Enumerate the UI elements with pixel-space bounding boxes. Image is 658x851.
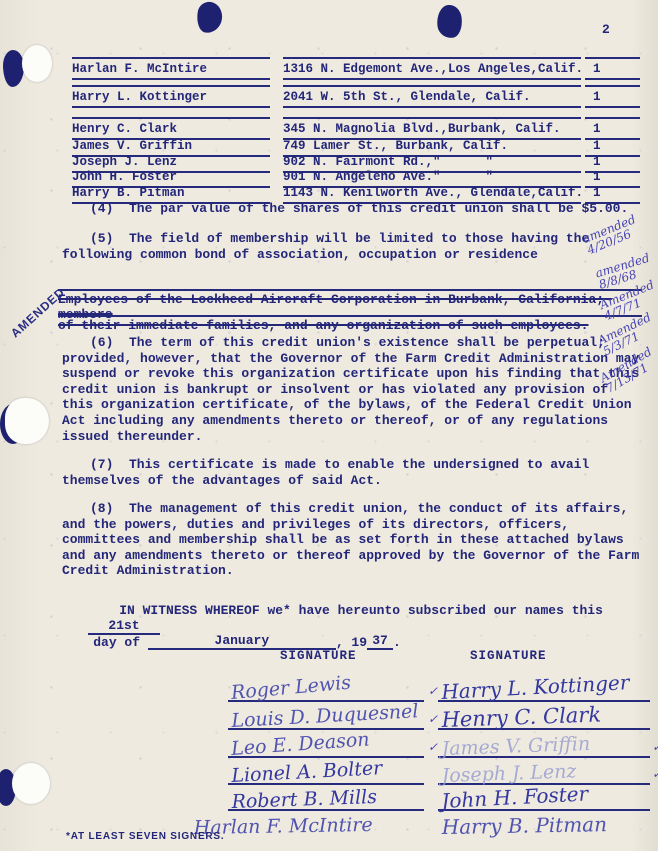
- subscriber-address: 1316 N. Edgemont Ave.,Los Angeles,Calif.: [283, 62, 581, 80]
- signature-line-left: Leo E. Deason ✓: [228, 730, 424, 758]
- struck-text: of their immediate families, and any org…: [58, 318, 589, 333]
- ink-blot-top-1: [195, 0, 225, 35]
- subscriber-name: Harlan F. McIntire: [72, 62, 270, 80]
- signature-right: Henry C. Clark: [441, 702, 601, 732]
- signature-line-right: Harry B. Pitman: [438, 809, 650, 835]
- signature-left: Roger Lewis: [230, 672, 352, 704]
- subscriber-name: Harry L. Kottinger: [72, 90, 270, 108]
- subscriber-address: 2041 W. 5th St., Glendale, Calif.: [283, 90, 581, 108]
- check-mark: ✓: [428, 740, 438, 754]
- paragraph-7: (7) This certificate is made to enable t…: [62, 457, 642, 488]
- signature-header-left: SIGNATURE: [280, 649, 357, 663]
- subscriber-name: Henry C. Clark: [72, 122, 270, 140]
- signature-row: Robert B. Mills John H. Foster: [0, 783, 658, 811]
- signature-row: Lionel A. Bolter Joseph J. Lenz ✓: [0, 757, 658, 785]
- check-mark: ✓: [428, 684, 438, 698]
- signature-line-right: Joseph J. Lenz ✓: [438, 757, 650, 785]
- signature-line-left: Louis D. Duquesnel ✓: [228, 702, 424, 730]
- subscriber-row: Harry L. Kottinger 2041 W. 5th St., Glen…: [0, 90, 658, 107]
- paragraph-8: (8) The management of this credit union,…: [62, 501, 642, 579]
- signature-left: Louis D. Duquesnel: [231, 700, 419, 732]
- paragraph-5: (5) The field of membership will be limi…: [62, 231, 642, 262]
- witness-text: , 19: [336, 635, 367, 650]
- check-mark: ✓: [428, 712, 438, 726]
- struck-clause-line2: of their immediate families, and any org…: [58, 315, 642, 333]
- check-mark: ✓: [652, 740, 658, 754]
- signature-right: Harry L. Kottinger: [441, 670, 630, 704]
- subscriber-shares: 1: [585, 122, 640, 140]
- signature-right: James V. Griffin: [441, 733, 590, 760]
- paragraph-4: (4) The par value of the shares of this …: [62, 201, 642, 217]
- signature-right: Harry B. Pitman: [442, 812, 608, 839]
- subscriber-address: 345 N. Magnolia Blvd.,Burbank, Calif.: [283, 122, 581, 140]
- subscriber-shares: 1: [585, 62, 640, 80]
- signature-header-right: SIGNATURE: [470, 649, 547, 663]
- signers-footnote: *AT LEAST SEVEN SIGNERS.: [66, 831, 224, 842]
- month-field: January: [148, 633, 336, 650]
- signature-line-right: James V. Griffin ✓: [438, 730, 650, 758]
- subscriber-row: John H. Foster 901 N. Angeleno Ave." " 1: [0, 170, 658, 187]
- punch-hole-middle: [5, 398, 49, 444]
- signature-row: Roger Lewis ✓ Harry L. Kottinger: [0, 674, 658, 702]
- paragraph-6: (6) The term of this credit union's exis…: [62, 335, 642, 444]
- signature-row: Leo E. Deason ✓ James V. Griffin ✓: [0, 730, 658, 758]
- signature-line-left: Robert B. Mills: [228, 783, 424, 811]
- subscriber-row: James V. Griffin 749 Lamer St., Burbank,…: [0, 139, 658, 156]
- subscriber-row: Henry C. Clark 345 N. Magnolia Blvd.,Bur…: [0, 122, 658, 139]
- signature-left: Leo E. Deason: [230, 728, 370, 760]
- ink-blot-top-2: [435, 4, 464, 40]
- check-mark: ✓: [652, 767, 658, 781]
- subscriber-row: Harlan F. McIntire 1316 N. Edgemont Ave.…: [0, 62, 658, 79]
- signature-line-left: Harlan F. McIntire: [190, 809, 424, 835]
- year-field: 37: [367, 633, 393, 650]
- signature-row: Louis D. Duquesnel ✓ Henry C. Clark: [0, 702, 658, 730]
- witness-text: IN WITNESS WHEREOF we* have hereunto sub…: [119, 603, 603, 618]
- signature-line-left: Roger Lewis ✓: [228, 674, 424, 702]
- signature-line-left: Lionel A. Bolter: [228, 757, 424, 785]
- signature-line-right: Harry L. Kottinger: [438, 674, 650, 702]
- signature-line-right: John H. Foster: [438, 783, 650, 811]
- signature-line-right: Henry C. Clark: [438, 702, 650, 730]
- witness-text: .: [393, 635, 401, 650]
- page-number: 2: [602, 22, 610, 37]
- witness-text: day of: [93, 635, 148, 650]
- subscriber-shares: 1: [585, 90, 640, 108]
- scanned-document-page: 2 Harlan F. McIntire 1316 N. Edgemont Av…: [0, 0, 658, 851]
